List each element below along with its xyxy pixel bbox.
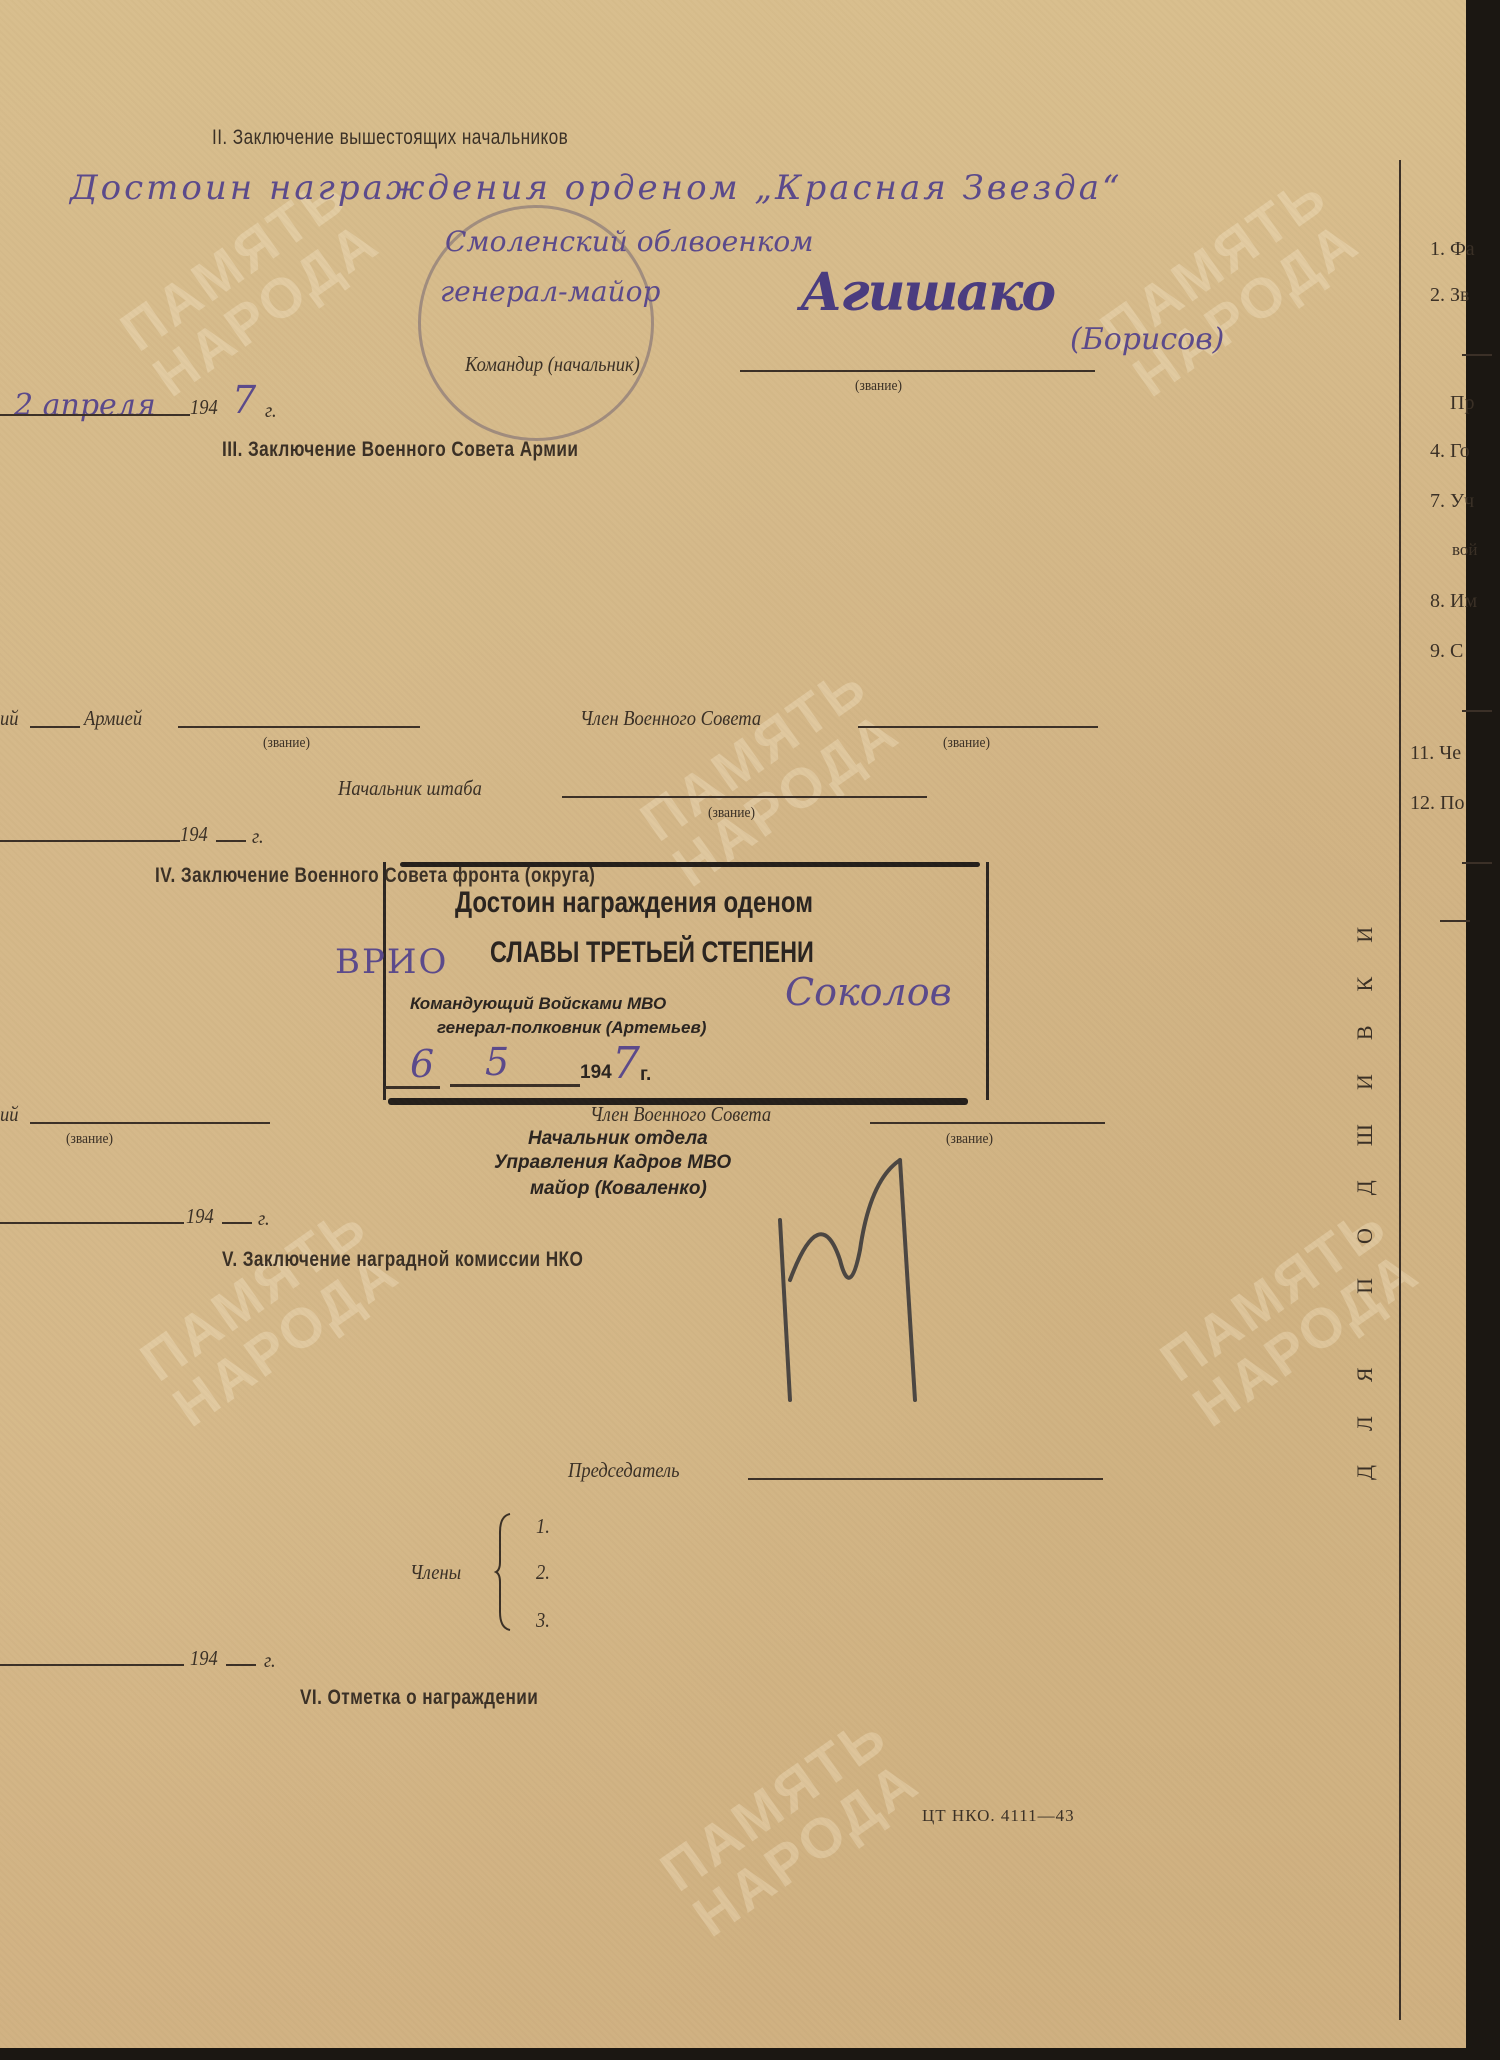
watermark: ПАМЯТЬНАРОДА [1151,1196,1428,1437]
form-code: ЦТ НКО. 4111—43 [922,1806,1075,1826]
second-stamp-line-2: Управления Кадров МВО [494,1152,731,1174]
rank-caption: (звание) [708,805,755,822]
handwritten-conclusion: Достоин награждения орденом „Красная Зве… [70,168,1122,208]
right-item: 8. Им [1430,590,1477,613]
rank-caption: (звание) [66,1131,113,1148]
council-member-line [870,1122,1105,1124]
stamp-day: 6 [410,1042,434,1086]
stamp-year-handwritten: 7 [612,1038,640,1089]
handwritten-position: Смоленский облвоенком [445,225,813,258]
chief-of-staff-line [562,796,927,798]
members-brace [494,1512,514,1632]
army-prefix: ий [0,706,18,731]
handwritten-rank: генерал-майор [440,275,660,308]
right-item: 12. По [1410,792,1464,815]
date-suffix: г. [258,1206,270,1231]
stamp-bottom-border [388,1098,968,1105]
right-item: 11. Че [1410,742,1461,765]
stamp-line-2: славы третьей степени [490,936,814,970]
members-label: Члены [410,1560,461,1585]
date-suffix: г. [264,1648,276,1673]
chairman-line [748,1478,1103,1480]
stamp-year-suffix: г. [640,1064,651,1086]
council-member-label: Член Военного Совета [580,706,761,731]
council-member-line [858,726,1098,728]
right-line [1462,354,1492,356]
watermark: ПАМЯТЬНАРОДА [111,166,388,407]
signature-line [30,1122,270,1124]
stamp-line-1: Достоин награждения оденом [455,886,813,920]
council-member-label: Член Военного Совета [590,1102,771,1127]
watermark: ПАМЯТЬНАРОДА [1091,166,1368,407]
watermark: ПАМЯТЬНАРОДА [631,656,908,897]
right-line [1440,920,1470,922]
right-line [1462,710,1492,712]
commander-label: Командир (начальник) [465,352,640,377]
section-2-heading: II. Заключение вышестоящих начальников [212,126,568,150]
date-year-handwritten: 7 [232,378,256,422]
signature: Агишако [800,262,1054,323]
army-line [178,726,420,728]
right-item: вой [1452,540,1478,560]
stamp-year: 194 [580,1062,612,1084]
date-line [0,840,180,842]
right-item: 1. Фа [1430,238,1475,261]
stamp-rank: генерал-полковник (Артемьев) [437,1018,706,1038]
document-page: ПАМЯТЬНАРОДА ПАМЯТЬНАРОДА ПАМЯТЬНАРОДА П… [0,0,1466,2048]
pencil-signature [760,1100,930,1410]
member-3: 3. [536,1608,550,1633]
date-year-line [226,1664,256,1666]
date-year: 194 [190,1646,218,1671]
date-year-line [222,1222,252,1224]
stamp-top-border [400,862,980,867]
section-4-heading: IV. Заключение Военного Совета фронта (о… [155,864,595,888]
date-year-line [216,840,246,842]
rank-caption: (звание) [855,378,902,395]
rank-caption: (звание) [263,735,310,752]
right-item: Пр [1450,392,1474,415]
commander-line [740,370,1095,372]
round-seal [418,205,654,441]
date-line [0,1222,184,1224]
date-year: 194 [190,395,218,420]
chairman-label: Председатель [568,1458,680,1483]
second-stamp-line-1: Начальник отдела [528,1128,708,1150]
member-1: 1. [536,1514,550,1539]
handwritten-name: (Борисов) [1070,322,1224,357]
handwritten-date: 2 апреля [14,388,156,423]
chief-of-staff-label: Начальник штаба [338,776,482,801]
right-line [1462,862,1492,864]
approval-stamp [383,862,989,1100]
stamp-month-line [450,1084,580,1087]
handwritten-vrio: ВРИО [335,942,448,982]
stamp-position: Командующий Войсками МВО [410,994,666,1014]
date-year: 194 [180,822,208,847]
second-stamp-line-3: майор (Коваленко) [530,1178,707,1200]
right-item: 2. Зв [1430,284,1469,307]
member-2: 2. [536,1560,550,1585]
section-3-heading: III. Заключение Военного Совета Армии [222,438,578,462]
fold-line [1399,160,1401,2020]
stamp-day-line [385,1086,440,1089]
watermark: ПАМЯТЬНАРОДА [131,1196,408,1437]
date-line [0,1664,184,1666]
handwritten-name: Соколов [785,970,952,1014]
right-item: 9. С [1430,640,1463,663]
right-item: 7. Уч [1430,490,1474,513]
vertical-label [1362,520,1392,1460]
section-6-heading: VI. Отметка о награждении [300,1686,538,1710]
left-prefix: ий [0,1102,18,1127]
date-suffix: г. [252,824,264,849]
date-year: 194 [186,1204,214,1229]
section-5-heading: V. Заключение наградной комиссии НКО [222,1248,583,1272]
date-suffix: г. [265,398,277,423]
watermark: ПАМЯТЬНАРОДА [651,1706,928,1947]
stamp-month: 5 [485,1040,509,1084]
date-line [0,414,190,416]
rank-caption: (звание) [943,735,990,752]
army-line-a [30,726,80,728]
army-label: Армией [84,706,142,731]
vertical-label-text: ДЛЯ ПОДШИВКИ [1352,893,1378,1480]
right-item: 4. Го [1430,440,1470,463]
rank-caption: (звание) [946,1131,993,1148]
